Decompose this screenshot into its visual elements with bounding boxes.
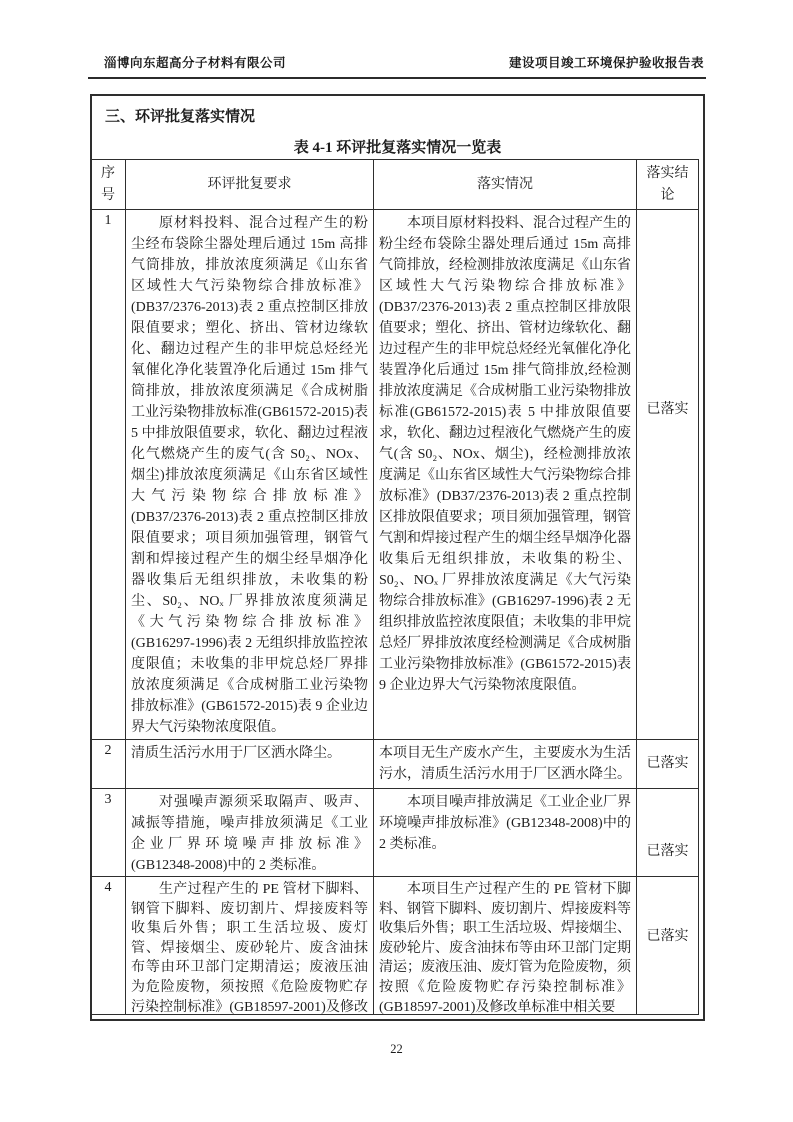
col-header-conclusion: 落实结论 — [637, 160, 699, 210]
header-rule — [88, 77, 706, 79]
conclusion-cell: 已落实 — [637, 740, 699, 789]
requirement-text: 对强噪声源须采取隔声、吸声、减振等措施，噪声排放须满足《工业企业厂界环境噪声排放… — [131, 792, 368, 876]
table-row: 1 原材料投料、混合过程产生的粉尘经布袋除尘器处理后通过 15m 高排气筒排放，… — [91, 210, 699, 740]
requirement-cell: 清质生活污水用于厂区洒水降尘。 — [126, 740, 374, 789]
requirement-cell: 生产过程产生的 PE 管材下脚料、钢管下脚料、废切割片、焊接废料等收集后外售；职… — [126, 877, 374, 1015]
requirement-text: 清质生活污水用于厂区洒水降尘。 — [131, 743, 368, 764]
requirement-text: 生产过程产生的 PE 管材下脚料、钢管下脚料、废切割片、焊接废料等收集后外售；职… — [131, 880, 368, 1014]
implementation-text: 本项目无生产废水产生，主要废水为生活污水，清质生活污水用于厂区洒水降尘。 — [379, 743, 631, 785]
conclusion-cell: 已落实 — [637, 210, 699, 740]
col-header-implementation: 落实情况 — [374, 160, 637, 210]
col-header-requirement: 环评批复要求 — [126, 160, 374, 210]
row-index: 1 — [91, 210, 126, 740]
table-row: 2 清质生活污水用于厂区洒水降尘。 本项目无生产废水产生，主要废水为生活污水，清… — [91, 740, 699, 789]
implementation-cell: 本项目无生产废水产生，主要废水为生活污水，清质生活污水用于厂区洒水降尘。 — [374, 740, 637, 789]
implementation-text: 本项目生产过程产生的 PE 管材下脚料、钢管下脚料、废切割片、焊接废料等收集后外… — [379, 880, 631, 1014]
conclusion-cell: 已落实 — [637, 789, 699, 877]
col-header-index: 序号 — [91, 160, 126, 210]
implementation-cell: 本项目噪声排放满足《工业企业厂界环境噪声排放标准》(GB12348-2008)中… — [374, 789, 637, 877]
row-index: 4 — [91, 877, 126, 1015]
row-index: 2 — [91, 740, 126, 789]
content-box: 三、环评批复落实情况 表 4-1 环评批复落实情况一览表 序号 环评批复要求 落… — [90, 94, 705, 1021]
page-number: 22 — [0, 1042, 793, 1057]
implementation-text: 本项目原材料投料、混合过程产生的粉尘经布袋除尘器处理后通过 15m 高排气筒排放… — [379, 213, 631, 696]
requirement-cell: 对强噪声源须采取隔声、吸声、减振等措施，噪声排放须满足《工业企业厂界环境噪声排放… — [126, 789, 374, 877]
requirement-text: 原材料投料、混合过程产生的粉尘经布袋除尘器处理后通过 15m 高排气筒排放，排放… — [131, 213, 368, 738]
implementation-cell: 本项目生产过程产生的 PE 管材下脚料、钢管下脚料、废切割片、焊接废料等收集后外… — [374, 877, 637, 1015]
implementation-text: 本项目噪声排放满足《工业企业厂界环境噪声排放标准》(GB12348-2008)中… — [379, 792, 631, 855]
row-index: 3 — [91, 789, 126, 877]
approval-implementation-table: 序号 环评批复要求 落实情况 落实结论 1 原材料投料、混合过程产生的粉尘经布袋… — [90, 159, 699, 1015]
page-header-doc-title: 建设项目竣工环境保护验收报告表 — [509, 53, 704, 71]
conclusion-cell: 已落实 — [637, 877, 699, 1015]
requirement-cell: 原材料投料、混合过程产生的粉尘经布袋除尘器处理后通过 15m 高排气筒排放，排放… — [126, 210, 374, 740]
table-title: 表 4-1 环评批复落实情况一览表 — [92, 136, 703, 157]
table-row: 4 生产过程产生的 PE 管材下脚料、钢管下脚料、废切割片、焊接废料等收集后外售… — [91, 877, 699, 1015]
section-heading: 三、环评批复落实情况 — [105, 105, 703, 126]
page-header-company: 淄博向东超高分子材料有限公司 — [104, 53, 286, 71]
implementation-cell: 本项目原材料投料、混合过程产生的粉尘经布袋除尘器处理后通过 15m 高排气筒排放… — [374, 210, 637, 740]
table-header-row: 序号 环评批复要求 落实情况 落实结论 — [91, 160, 699, 210]
page-header: 淄博向东超高分子材料有限公司 建设项目竣工环境保护验收报告表 — [104, 53, 704, 71]
table-row: 3 对强噪声源须采取隔声、吸声、减振等措施，噪声排放须满足《工业企业厂界环境噪声… — [91, 789, 699, 877]
